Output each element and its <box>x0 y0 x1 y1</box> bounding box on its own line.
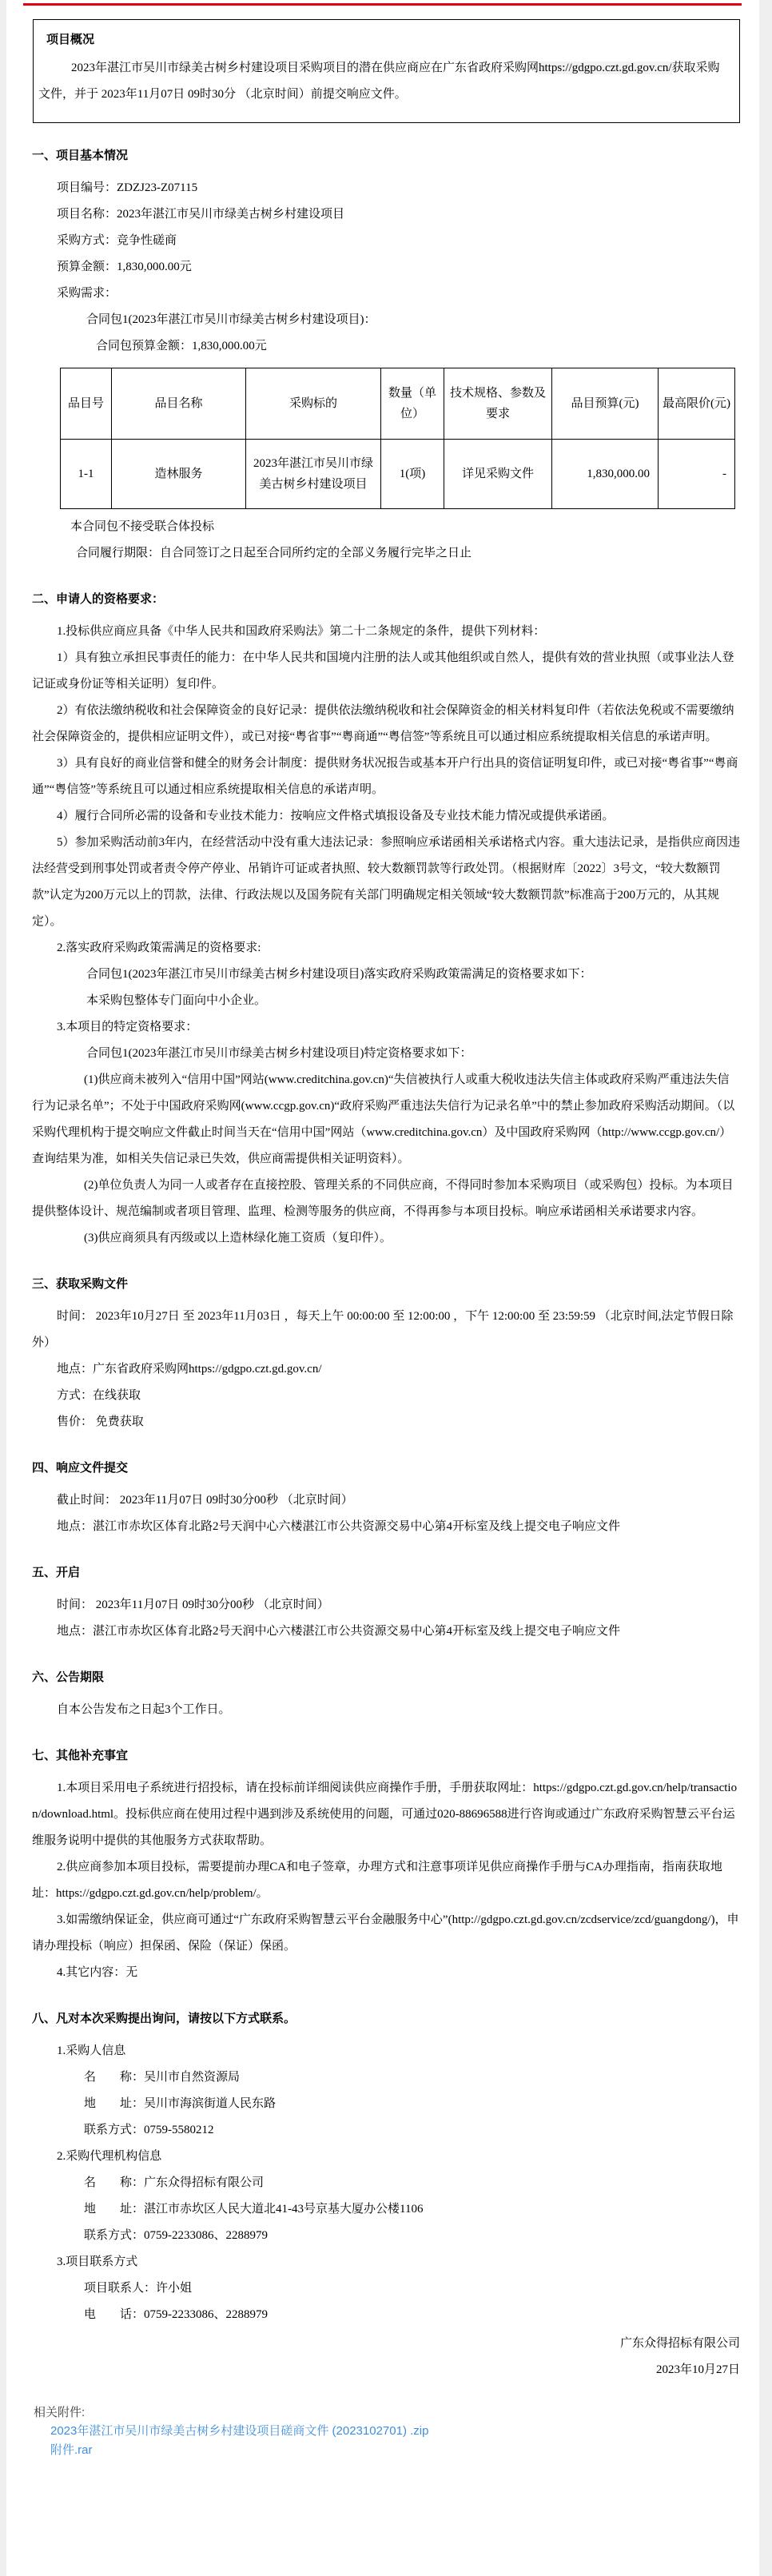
paragraph: 合同包预算金额：1,830,000.00元 <box>32 333 740 360</box>
paragraph: 合同包1(2023年湛江市吴川市绿美古树乡村建设项目)落实政府采购政策需满足的资… <box>32 962 740 988</box>
content-area: 项目概况 2023年湛江市吴川市绿美古树乡村建设项目采购项目的潜在供应商应在广东… <box>6 0 759 2576</box>
section: 四、响应文件提交截止时间： 2023年11月07日 09时30分00秒 （北京时… <box>32 1459 740 1540</box>
table-cell: 1(项) <box>381 440 444 509</box>
paragraph: 地 址：湛江市赤坎区人民大道北41-43号京基大厦办公楼1106 <box>32 2196 740 2223</box>
table-header-cell: 品目号 <box>61 368 112 440</box>
document-body: 项目概况 2023年湛江市吴川市绿美古树乡村建设项目采购项目的潜在供应商应在广东… <box>6 19 759 2383</box>
paragraph: (1)供应商未被列入“信用中国”网站(www.creditchina.gov.c… <box>32 1067 740 1173</box>
paragraph: 地点：广东省政府采购网https://gdgpo.czt.gd.gov.cn/ <box>32 1356 740 1383</box>
section: 六、公告期限自本公告发布之日起3个工作日。 <box>32 1669 740 1723</box>
paragraph: 地点：湛江市赤坎区体育北路2号天润中心六楼湛江市公共资源交易中心第4开标室及线上… <box>32 1514 740 1540</box>
section-heading: 八、凡对本次采购提出询问，请按以下方式联系。 <box>32 2010 740 2028</box>
table-header-cell: 采购标的 <box>246 368 381 440</box>
overview-text-prefix: 2023年湛江市吴川市绿美古树乡村建设项目采购项目的潜在供应商应在广东省政府采购… <box>71 62 539 74</box>
section: 五、开启时间： 2023年11月07日 09时30分00秒 （北京时间）地点：湛… <box>32 1564 740 1645</box>
paragraph: 采购需求： <box>32 281 740 307</box>
section-heading: 一、项目基本情况 <box>32 147 740 165</box>
section-heading: 六、公告期限 <box>32 1669 740 1686</box>
table-cell: 1-1 <box>61 440 112 509</box>
paragraph: 5）参加采购活动前3年内，在经营活动中没有重大违法记录：参照响应承诺函相关承诺格… <box>32 830 740 935</box>
section: 七、其他补充事宜1.本项目采用电子系统进行招投标，请在投标前详细阅读供应商操作手… <box>32 1747 740 1986</box>
announcement-page: 项目概况 2023年湛江市吴川市绿美古树乡村建设项目采购项目的潜在供应商应在广东… <box>0 0 772 2576</box>
paragraph: 预算金额：1,830,000.00元 <box>32 254 740 281</box>
attachments-label: 相关附件: <box>6 2403 759 2422</box>
paragraph: 本合同包不接受联合体投标 <box>32 514 740 540</box>
paragraph: 4）履行合同所必需的设备和专业技术能力：按响应文件格式填报设备及专业技术能力情况… <box>32 803 740 830</box>
section-heading: 四、响应文件提交 <box>32 1459 740 1477</box>
paragraph: 4.其它内容：无 <box>32 1960 740 1986</box>
overview-title: 项目概况 <box>38 31 725 49</box>
paragraph: 自本公告发布之日起3个工作日。 <box>32 1697 740 1723</box>
paragraph: 3.如需缴纳保证金，供应商可通过“广东政府采购智慧云平台金融服务中心”(http… <box>32 1907 740 1960</box>
table-cell: 造林服务 <box>112 440 246 509</box>
attachment-link-zip[interactable]: 2023年湛江市吴川市绿美古树乡村建设项目磋商文件 (2023102701) .… <box>6 2422 759 2441</box>
paragraph: 1.采购人信息 <box>32 2038 740 2064</box>
sections: 一、项目基本情况项目编号：ZDZJ23-Z07115项目名称：2023年湛江市吴… <box>32 147 740 2328</box>
table-header-cell: 技术规格、参数及要求 <box>444 368 552 440</box>
section-heading: 三、获取采购文件 <box>32 1276 740 1293</box>
table-header-cell: 数量（单位） <box>381 368 444 440</box>
paragraph: 1）具有独立承担民事责任的能力：在中华人民共和国境内注册的法人或其他组织或自然人… <box>32 645 740 698</box>
table-header-cell: 品目名称 <box>112 368 246 440</box>
paragraph: 合同履行期限：自合同签订之日起至合同所约定的全部义务履行完毕之日止 <box>32 540 740 567</box>
paragraph: 联系方式：0759-5580212 <box>32 2117 740 2144</box>
paragraph: 项目联系人：许小姐 <box>32 2275 740 2302</box>
project-overview-box: 项目概况 2023年湛江市吴川市绿美古树乡村建设项目采购项目的潜在供应商应在广东… <box>33 19 740 123</box>
table-cell: 详见采购文件 <box>444 440 552 509</box>
paragraph: 名 称：吴川市自然资源局 <box>32 2064 740 2091</box>
paragraph: 合同包1(2023年湛江市吴川市绿美古树乡村建设项目)特定资格要求如下： <box>32 1041 740 1067</box>
table-header-cell: 品目预算(元) <box>552 368 659 440</box>
paragraph: 2.落实政府采购政策需满足的资格要求: <box>32 935 740 962</box>
paragraph: 售价： 免费获取 <box>32 1409 740 1435</box>
paragraph: 项目编号：ZDZJ23-Z07115 <box>32 175 740 201</box>
table-row: 1-1造林服务2023年湛江市吴川市绿美古树乡村建设项目1(项)详见采购文件1,… <box>61 440 735 509</box>
section: 二、申请人的资格要求：1.投标供应商应具备《中华人民共和国政府采购法》第二十二条… <box>32 591 740 1252</box>
table-header-cell: 最高限价(元) <box>659 368 735 440</box>
attachment-link-rar[interactable]: 附件.rar <box>6 2441 759 2460</box>
paragraph: 时间： 2023年10月27日 至 2023年11月03日 ，每天上午 00:0… <box>32 1304 740 1356</box>
section-heading: 七、其他补充事宜 <box>32 1747 740 1765</box>
paragraph: 合同包1(2023年湛江市吴川市绿美古树乡村建设项目)： <box>32 307 740 333</box>
table-header-row: 品目号品目名称采购标的数量（单位）技术规格、参数及要求品目预算(元)最高限价(元… <box>61 368 735 440</box>
signature-company: 广东众得招标有限公司 <box>32 2331 740 2357</box>
paragraph: 方式：在线获取 <box>32 1383 740 1409</box>
paragraph: 项目名称：2023年湛江市吴川市绿美古树乡村建设项目 <box>32 201 740 228</box>
paragraph: 地 址：吴川市海滨街道人民东路 <box>32 2091 740 2117</box>
paragraph: 时间： 2023年11月07日 09时30分00秒 （北京时间） <box>32 1592 740 1618</box>
paragraph: 1.本项目采用电子系统进行招投标，请在投标前详细阅读供应商操作手册，手册获取网址… <box>32 1775 740 1854</box>
section: 八、凡对本次采购提出询问，请按以下方式联系。1.采购人信息名 称：吴川市自然资源… <box>32 2010 740 2328</box>
table-cell: 1,830,000.00 <box>552 440 659 509</box>
paragraph: 3.项目联系方式 <box>32 2249 740 2275</box>
paragraph: (3)供应商须具有丙级或以上造林绿化施工资质（复印件）。 <box>32 1225 740 1252</box>
paragraph: 2.供应商参加本项目投标，需要提前办理CA和电子签章，办理方式和注意事项详见供应… <box>32 1854 740 1907</box>
paragraph: 2）有依法缴纳税收和社会保障资金的良好记录：提供依法缴纳税收和社会保障资金的相关… <box>32 698 740 751</box>
paragraph: (2)单位负责人为同一人或者存在直接控股、管理关系的不同供应商，不得同时参加本采… <box>32 1173 740 1225</box>
table-cell: - <box>659 440 735 509</box>
section: 一、项目基本情况项目编号：ZDZJ23-Z07115项目名称：2023年湛江市吴… <box>32 147 740 567</box>
items-table: 品目号品目名称采购标的数量（单位）技术规格、参数及要求品目预算(元)最高限价(元… <box>60 368 735 509</box>
paragraph: 名 称：广东众得招标有限公司 <box>32 2170 740 2196</box>
table-cell: 2023年湛江市吴川市绿美古树乡村建设项目 <box>246 440 381 509</box>
paragraph: 1.投标供应商应具备《中华人民共和国政府采购法》第二十二条规定的条件，提供下列材… <box>32 619 740 645</box>
top-red-divider <box>23 3 742 6</box>
signature-date: 2023年10月27日 <box>32 2357 740 2383</box>
signature-block: 广东众得招标有限公司 2023年10月27日 <box>32 2331 740 2383</box>
paragraph: 2.采购代理机构信息 <box>32 2144 740 2170</box>
paragraph: 截止时间： 2023年11月07日 09时30分00秒 （北京时间） <box>32 1487 740 1514</box>
paragraph: 电 话：0759-2233086、2288979 <box>32 2302 740 2328</box>
procurement-site-url: https://gdgpo.czt.gd.gov.cn/ <box>539 62 672 74</box>
paragraph: 联系方式：0759-2233086、2288979 <box>32 2223 740 2249</box>
section-heading: 二、申请人的资格要求： <box>32 591 740 608</box>
section: 三、获取采购文件时间： 2023年10月27日 至 2023年11月03日 ，每… <box>32 1276 740 1435</box>
paragraph: 3.本项目的特定资格要求： <box>32 1014 740 1041</box>
paragraph: 本采购包整体专门面向中小企业。 <box>32 988 740 1014</box>
paragraph: 采购方式：竞争性磋商 <box>32 228 740 254</box>
overview-paragraph: 2023年湛江市吴川市绿美古树乡村建设项目采购项目的潜在供应商应在广东省政府采购… <box>38 55 725 108</box>
paragraph: 3）具有良好的商业信誉和健全的财务会计制度：提供财务状况报告或基本开户行出具的资… <box>32 751 740 803</box>
attachments-section: 相关附件: 2023年湛江市吴川市绿美古树乡村建设项目磋商文件 (2023102… <box>6 2403 759 2460</box>
paragraph: 地点：湛江市赤坎区体育北路2号天润中心六楼湛江市公共资源交易中心第4开标室及线上… <box>32 1618 740 1645</box>
section-heading: 五、开启 <box>32 1564 740 1582</box>
